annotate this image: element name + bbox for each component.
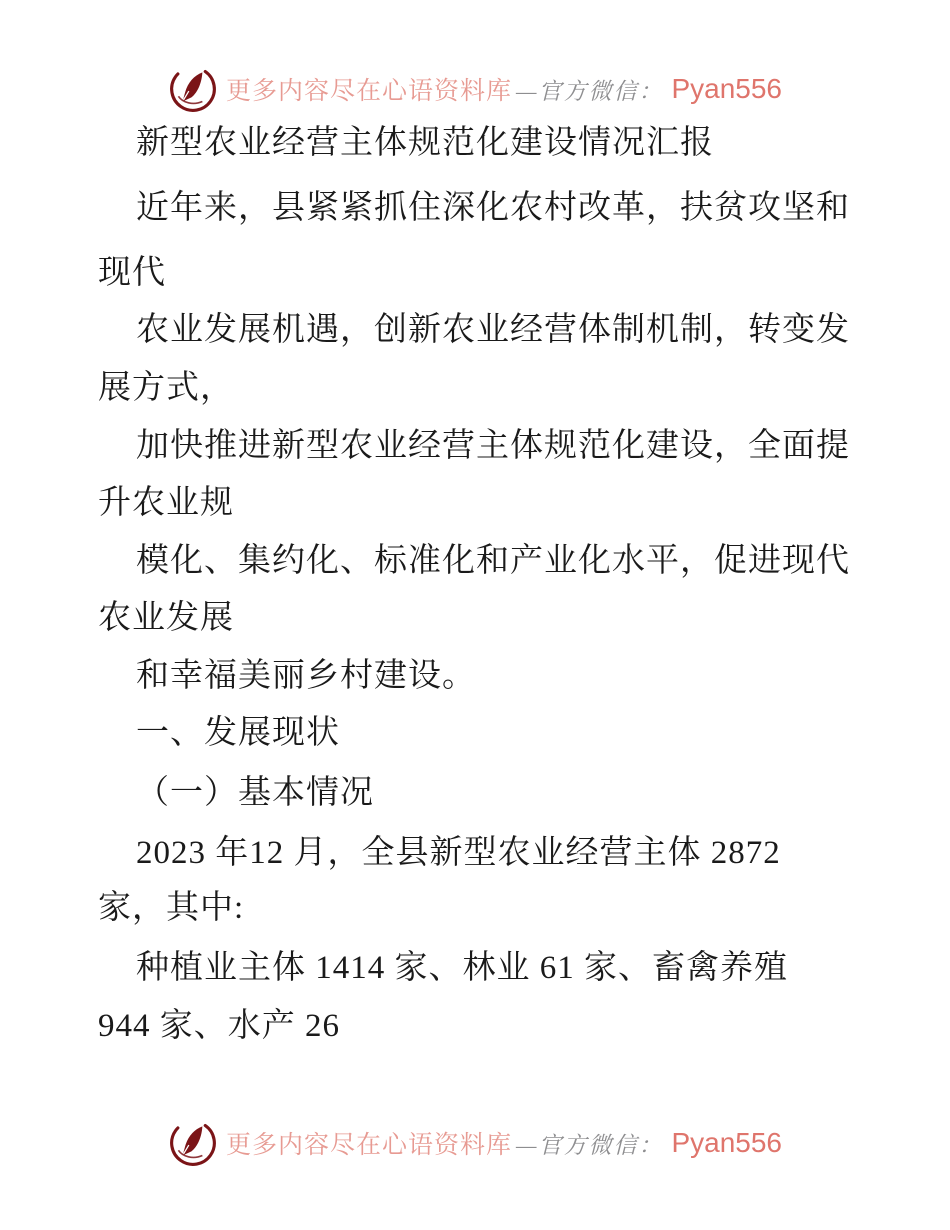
- text-line: 944 家、水产 26: [98, 1008, 340, 1046]
- text-line: 展方式，: [98, 370, 234, 408]
- subsection-heading: （一）基本情况: [136, 775, 374, 813]
- text-line: 加快推进新型农业经营主体规范化建设，全面提: [136, 428, 850, 466]
- text-line: 农业发展: [98, 600, 234, 638]
- text-line: 近年来，县紧紧抓住深化农村改革，扶贫攻坚和: [136, 190, 850, 228]
- watermark-channel-label: —官方微信：: [516, 1127, 663, 1160]
- text-line: 种植业主体 1414 家、林业 61 家、畜禽养殖: [136, 950, 788, 988]
- watermark-account: Pyan556: [671, 1127, 782, 1159]
- brand-logo-icon: [168, 1118, 218, 1168]
- footer-watermark: 更多内容尽在心语资料库 —官方微信： Pyan556: [0, 1114, 950, 1172]
- text-line: 农业发展机遇，创新农业经营体制机制，转变发: [136, 312, 850, 350]
- text-line: 和幸福美丽乡村建设。: [136, 658, 476, 696]
- watermark-brand-text: 更多内容尽在心语资料库: [226, 1125, 512, 1161]
- document-title: 新型农业经营主体规范化建设情况汇报: [136, 125, 714, 163]
- text-line: 家，其中:: [98, 890, 244, 928]
- document-page: 更多内容尽在心语资料库 —官方微信： Pyan556 新型农业经营主体规范化建设…: [0, 0, 950, 1230]
- text-line: 2023 年12 月，全县新型农业经营主体 2872: [136, 835, 781, 873]
- text-line: 现代: [98, 255, 166, 293]
- document-body: 新型农业经营主体规范化建设情况汇报 近年来，县紧紧抓住深化农村改革，扶贫攻坚和 …: [0, 0, 950, 1230]
- section-heading: 一、发展现状: [136, 715, 340, 753]
- text-line: 升农业规: [98, 485, 234, 523]
- text-line: 模化、集约化、标准化和产业化水平，促进现代: [136, 543, 850, 581]
